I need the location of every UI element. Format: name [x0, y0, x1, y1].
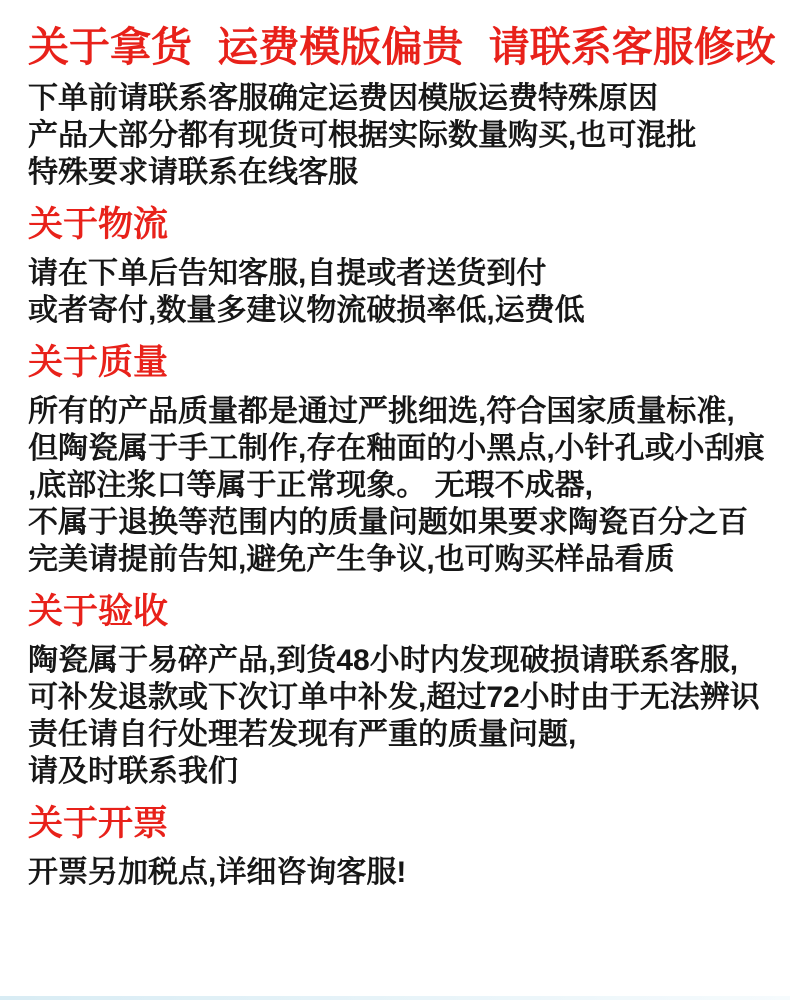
section-heading: 关于验收	[28, 592, 762, 632]
section-heading: 关于物流	[28, 205, 762, 245]
text-line: 特殊要求请联系在线客服	[28, 154, 762, 191]
text-line: 但陶瓷属于手工制作,存在釉面的小黑点,小针孔或小刮痕	[28, 430, 762, 467]
text-line: 陶瓷属于易碎产品,到货48小时内发现破损请联系客服,	[28, 642, 762, 679]
section-heading: 关于开票	[28, 804, 762, 844]
section-paragraph: 下单前请联系客服确定运费因模版运费特殊原因产品大部分都有现货可根据实际数量购买,…	[28, 80, 762, 191]
section-paragraph: 请在下单后告知客服,自提或者送货到付或者寄付,数量多建议物流破损率低,运费低	[28, 255, 762, 329]
text-line: 开票另加税点,详细咨询客服!	[28, 854, 762, 891]
text-line: 请在下单后告知客服,自提或者送货到付	[28, 255, 762, 292]
section-paragraph: 开票另加税点,详细咨询客服!	[28, 854, 762, 891]
text-line: 所有的产品质量都是通过严挑细选,符合国家质量标准,	[28, 393, 762, 430]
bottom-divider	[0, 996, 790, 1000]
section-paragraph: 所有的产品质量都是通过严挑细选,符合国家质量标准,但陶瓷属于手工制作,存在釉面的…	[28, 393, 762, 578]
section-paragraph: 陶瓷属于易碎产品,到货48小时内发现破损请联系客服,可补发退款或下次订单中补发,…	[28, 642, 762, 790]
text-line: 可补发退款或下次订单中补发,超过72小时由于无法辨识	[28, 679, 762, 716]
notice-page: 关于拿货 运费模版偏贵 请联系客服修改下单前请联系客服确定运费因模版运费特殊原因…	[0, 0, 790, 891]
text-line: 请及时联系我们	[28, 753, 762, 790]
page-title: 关于拿货 运费模版偏贵 请联系客服修改	[28, 24, 762, 70]
text-line: 下单前请联系客服确定运费因模版运费特殊原因	[28, 80, 762, 117]
text-line: 责任请自行处理若发现有严重的质量问题,	[28, 716, 762, 753]
text-line: 不属于退换等范围内的质量问题如果要求陶瓷百分之百	[28, 504, 762, 541]
text-line: ,底部注浆口等属于正常现象。 无瑕不成器,	[28, 467, 762, 504]
text-line: 完美请提前告知,避免产生争议,也可购买样品看质	[28, 541, 762, 578]
notice-body: 关于拿货 运费模版偏贵 请联系客服修改下单前请联系客服确定运费因模版运费特殊原因…	[28, 24, 762, 891]
text-line: 或者寄付,数量多建议物流破损率低,运费低	[28, 292, 762, 329]
section-heading: 关于质量	[28, 343, 762, 383]
text-line: 产品大部分都有现货可根据实际数量购买,也可混批	[28, 117, 762, 154]
